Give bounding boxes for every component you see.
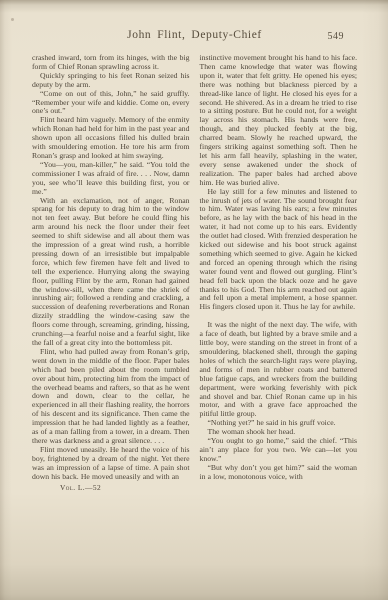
page-number: 549	[328, 31, 345, 42]
page-header: John Flint, Deputy-Chief 549	[32, 29, 357, 44]
paragraph: “Come on out of this, John,” he said gru…	[32, 90, 190, 117]
paragraph: It was the night of the next day. The wi…	[200, 321, 358, 419]
paragraph: Flint heard him vaguely. Memory of the e…	[32, 116, 190, 161]
scan-speck	[11, 18, 14, 21]
paragraph: crashed inward, torn from its hinges, wi…	[32, 54, 190, 72]
left-column-paragraphs: crashed inward, torn from its hinges, wi…	[32, 54, 190, 482]
paragraph: He lay still for a few minutes and liste…	[200, 188, 358, 313]
left-column: crashed inward, torn from its hinges, wi…	[32, 54, 190, 492]
page-title: John Flint, Deputy-Chief	[32, 29, 357, 41]
paragraph: “You ought to go home,” said the chief. …	[200, 437, 358, 464]
right-column: instinctive movement brought his hand to…	[200, 54, 358, 492]
paragraph: Quickly springing to his feet Ronan seiz…	[32, 72, 190, 90]
right-column-paragraphs: instinctive movement brought his hand to…	[200, 54, 358, 482]
text-columns: crashed inward, torn from its hinges, wi…	[32, 54, 357, 492]
volume-footnote: Vol. L.—52	[32, 484, 190, 493]
paragraph: “You—you, man-killer,” he said. “You tol…	[32, 161, 190, 197]
scanned-book-page: John Flint, Deputy-Chief 549 crashed inw…	[0, 0, 388, 600]
paragraph: “But why don’t you get him?” said the wo…	[200, 464, 358, 482]
paragraph: With an exclamation, not of anger, Ronan…	[32, 197, 190, 348]
paragraph: Flint, who had pulled away from Ronan’s …	[32, 348, 190, 446]
paragraph: Flint moved uneasily. He heard the voice…	[32, 446, 190, 482]
paragraph: instinctive movement brought his hand to…	[200, 54, 358, 188]
